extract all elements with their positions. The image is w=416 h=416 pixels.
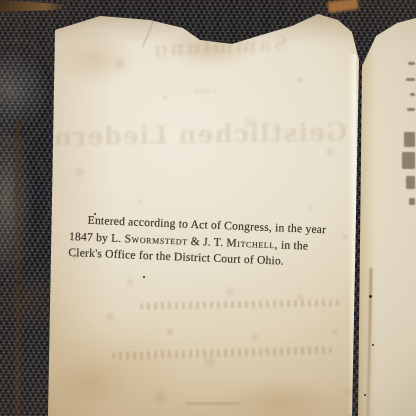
bleedthrough-bottom-mark [185,402,240,405]
facing-page-text-fragment [409,198,415,205]
publisher-name-mitchell: Mitchell [226,236,275,251]
facing-page [352,6,416,416]
bleedthrough-title-line3: Geistlichen Liedern [40,117,360,152]
copyright-line2-mid: & J. T. [187,234,226,249]
dark-speck [364,394,366,396]
facing-page-text-fragment [402,152,415,169]
facing-page-text-fragment [408,62,415,65]
dark-speck [143,276,145,278]
facing-page-text-fragment [407,108,415,111]
dark-speck [16,281,19,284]
left-page-crease [15,120,20,416]
dark-speck [372,344,374,346]
copyright-line2-suffix: , in the [275,238,309,252]
bleedthrough-title-line2: von [150,83,260,98]
facing-page-text-fragment [410,93,415,96]
publisher-name-swormstedt: Swormstedt [124,232,188,248]
copyright-line2-prefix: 1847 by L. [69,229,125,244]
facing-page-text-fragment [406,78,415,81]
dark-speck [94,213,96,215]
facing-page-text-fragment [404,132,415,147]
book-photo: Sammlung von Geistlichen Liedern Entered… [0,0,416,416]
dark-speck [369,295,372,298]
facing-page-text-fragment [406,176,415,189]
